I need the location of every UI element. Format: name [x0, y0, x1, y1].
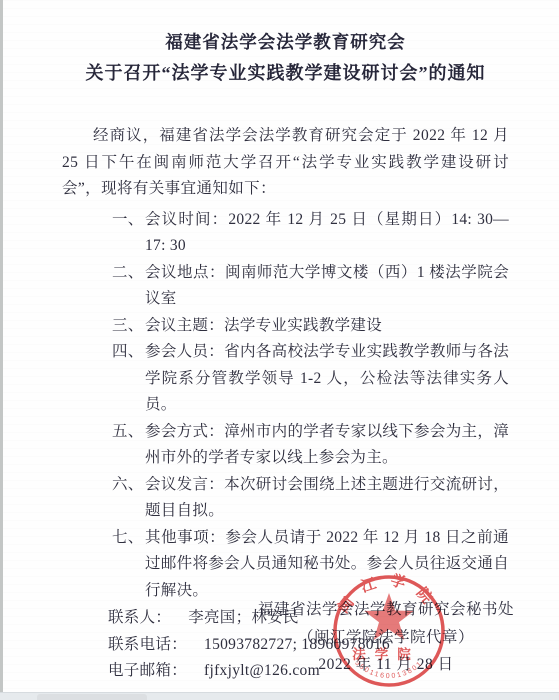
contact-label: 联系电话： [108, 636, 187, 653]
item-label: 会议地点： [145, 264, 225, 281]
item-number: 三、 [112, 313, 145, 340]
scan-bottom-artifact [37, 694, 147, 700]
item-number: 一、 [112, 207, 145, 260]
intro-paragraph: 经商议，福建省法学会法学教育研究会定于 2022 年 12 月 25 日下午在闽… [62, 123, 509, 203]
item-text: 会议地点：闽南师范大学博文楼（西）1 楼法学院会议室 [145, 260, 509, 313]
signature-block: 福建省法学会法学教育研究会秘书处 （闽江学院法学院代章） 2022 年 11 月… [249, 596, 523, 679]
agenda-list: 一、 会议时间：2022 年 12 月 25 日（星期日）14: 30—17: … [62, 207, 509, 605]
item-label: 参会方式： [145, 423, 224, 440]
signature-note: （闽江学院法学院代章） [249, 624, 523, 652]
contact-label: 联系人： [108, 609, 171, 626]
item-number: 二、 [112, 260, 145, 313]
item-label: 参会人员： [145, 343, 224, 360]
document-content: 福建省法学会法学教育研究会 关于召开“法学专业实践教学建设研讨会”的通知 经商议… [62, 30, 509, 685]
scan-left-edge [0, 0, 3, 700]
doc-title-subject: 关于召开“法学专业实践教学建设研讨会”的通知 [62, 61, 509, 86]
list-item-meeting-time: 一、 会议时间：2022 年 12 月 25 日（星期日）14: 30—17: … [112, 207, 509, 260]
item-number: 七、 [112, 525, 145, 605]
list-item-attendance-mode: 五、 参会方式：漳州市内的学者专家以线下参会为主，漳州市外的学者专家以线上参会为… [112, 419, 509, 472]
item-text: 其他事项：参会人员请于 2022 年 12 月 18 日之前通过邮件将参会人员通… [145, 525, 509, 605]
item-number: 五、 [112, 419, 145, 472]
doc-title-org: 福建省法学会法学教育研究会 [62, 30, 509, 55]
item-number: 四、 [112, 339, 145, 419]
item-text: 参会方式：漳州市内的学者专家以线下参会为主，漳州市外的学者专家以线上参会为主。 [145, 419, 509, 472]
item-number: 六、 [112, 472, 145, 525]
item-text: 会议主题：法学专业实践教学建设 [145, 313, 509, 340]
item-label: 会议时间： [145, 211, 228, 228]
list-item-meeting-place: 二、 会议地点：闽南师范大学博文楼（西）1 楼法学院会议室 [112, 260, 509, 313]
notice-document-page: 福建省法学会法学教育研究会 关于召开“法学专业实践教学建设研讨会”的通知 经商议… [0, 0, 559, 700]
signature-org: 福建省法学会法学教育研究会秘书处 [249, 596, 523, 624]
contact-label: 电子邮箱： [108, 662, 187, 679]
item-label: 其他事项： [145, 529, 225, 546]
item-label: 会议主题： [145, 317, 224, 334]
signature-date: 2022 年 11 月 28 日 [249, 651, 523, 679]
list-item-meeting-theme: 三、 会议主题：法学专业实践教学建设 [112, 313, 509, 340]
item-text: 参会人员：省内各高校法学专业实践教学教师与各法学院系分管教学领导 1-2 人，公… [145, 339, 509, 419]
list-item-speeches: 六、 会议发言：本次研讨会围绕上述主题进行交流研讨，题目自拟。 [112, 472, 509, 525]
item-text: 会议发言：本次研讨会围绕上述主题进行交流研讨，题目自拟。 [145, 472, 509, 525]
item-label: 会议发言： [145, 476, 224, 493]
list-item-other-matters: 七、 其他事项：参会人员请于 2022 年 12 月 18 日之前通过邮件将参会… [112, 525, 509, 605]
item-value: 法学专业实践教学建设 [224, 317, 382, 334]
item-text: 会议时间：2022 年 12 月 25 日（星期日）14: 30—17: 30 [145, 207, 509, 260]
list-item-participants: 四、 参会人员：省内各高校法学专业实践教学教师与各法学院系分管教学领导 1-2 … [112, 339, 509, 419]
